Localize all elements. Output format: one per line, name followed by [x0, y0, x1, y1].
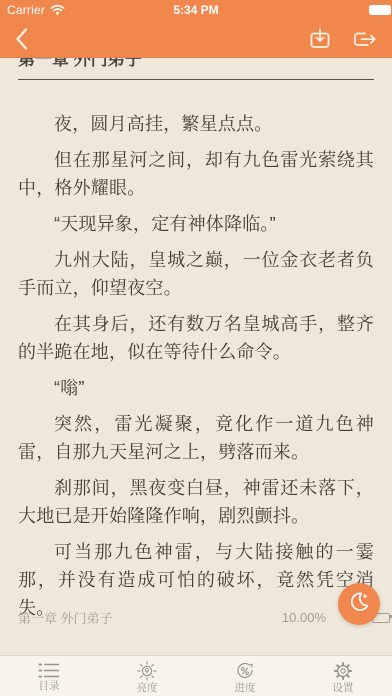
paragraph: 突然，雷光凝聚，竟化作一道九色神雷，自那九天星河之上，劈落而来。	[18, 410, 374, 466]
chapter-body: 夜，圆月高挂，繁星点点。 但在那星河之间，却有九色雷光萦绕其中，格外耀眼。 “天…	[0, 80, 392, 622]
toolbar-item-contents[interactable]: 目录	[0, 656, 98, 696]
toolbar-label: 设置	[333, 683, 354, 694]
paragraph: 刹那间，黑夜变白昼，神雷还未落下，大地已是开始隆隆作响，剧烈颤抖。	[18, 474, 374, 530]
reader-page[interactable]: 第一章 外门弟子 夜，圆月高挂，繁星点点。 但在那星河之间，却有九色雷光萦绕其中…	[0, 0, 392, 656]
toolbar-label: 亮度	[137, 683, 158, 694]
bookmark-arrow-button[interactable]	[350, 24, 380, 54]
toolbar-item-brightness[interactable]: 亮度	[98, 656, 196, 696]
status-time: 5:34 PM	[0, 3, 392, 17]
reading-progress: 10.00%	[282, 610, 326, 625]
brightness-icon	[137, 661, 157, 681]
paragraph: 但在那星河之间，却有九色雷光萦绕其中，格外耀眼。	[18, 146, 374, 202]
list-icon	[38, 662, 60, 679]
battery-icon	[369, 5, 391, 15]
paragraph: “天现异象，定有神体降临。”	[18, 210, 374, 238]
page-footer: 第一章 外门弟子 10.00%	[18, 608, 390, 627]
back-button[interactable]	[8, 24, 34, 54]
paragraph: 夜，圆月高挂，繁星点点。	[18, 110, 374, 138]
progress-percent-icon	[235, 661, 255, 681]
night-mode-button[interactable]	[338, 583, 380, 625]
paragraph: “嗡”	[18, 374, 374, 402]
download-button[interactable]	[305, 24, 335, 54]
app-header: Carrier 5:34 PM	[0, 0, 392, 58]
bottom-toolbar: 目录 亮度	[0, 655, 392, 696]
paragraph: 九州大陆，皇城之巅，一位金衣老者负手而立，仰望夜空。	[18, 246, 374, 302]
status-bar: Carrier 5:34 PM	[0, 0, 392, 20]
gear-icon	[333, 661, 353, 681]
reader-app-screen: Carrier 5:34 PM	[0, 0, 392, 696]
toolbar-label: 进度	[235, 683, 256, 694]
toolbar-item-settings[interactable]: 设置	[294, 656, 392, 696]
moon-star-icon	[347, 589, 372, 619]
toolbar-item-progress[interactable]: 进度	[196, 656, 294, 696]
paragraph: 在其身后，还有数万名皇城高手，整齐的半跪在地，似在等待什么命令。	[18, 310, 374, 366]
nav-actions	[305, 24, 380, 54]
toolbar-label: 目录	[39, 681, 60, 692]
nav-bar	[0, 20, 392, 57]
footer-chapter-label: 第一章 外门弟子	[18, 608, 113, 627]
